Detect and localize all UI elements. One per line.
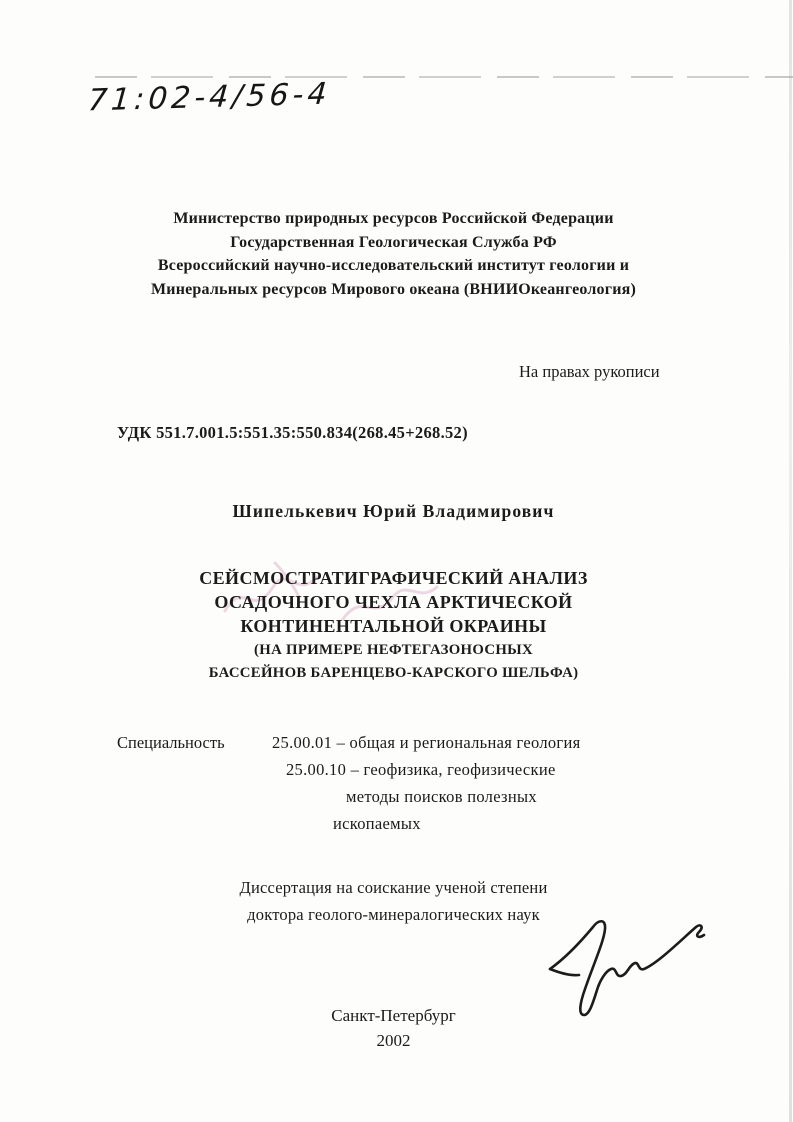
institution-line: Министерство природных ресурсов Российск… [0, 207, 787, 231]
institution-line: Государственная Геологическая Служба РФ [0, 231, 787, 255]
udc-number: УДК 551.7.001.5:551.35:550.834(268.45+26… [117, 423, 468, 443]
institution-line: Минеральных ресурсов Мирового океана (ВН… [0, 278, 787, 302]
scan-edge-artifact [789, 0, 792, 1122]
title-line: КОНТИНЕНТАЛЬНОЙ ОКРАИНЫ [0, 614, 787, 638]
speciality-line: ископаемых [333, 814, 421, 834]
separator-line [95, 76, 793, 78]
publication-year: 2002 [0, 1031, 787, 1051]
signature-icon [538, 903, 713, 1023]
dissertation-title-page: 71:02-4/56-4 Министерство природных ресу… [0, 0, 793, 1122]
author-name: Шипелькевич Юрий Владимирович [0, 501, 787, 522]
degree-line: Диссертация на соискание ученой степени [0, 874, 787, 901]
city-name: Санкт-Петербург [0, 1006, 787, 1026]
institution-block: Министерство природных ресурсов Российск… [0, 207, 787, 301]
institution-line: Всероссийский научно-исследовательский и… [0, 254, 787, 278]
speciality-line: методы поисков полезных [346, 787, 537, 807]
speciality-line: 25.00.01 – общая и региональная геология [272, 733, 581, 753]
title-line: ОСАДОЧНОГО ЧЕХЛА АРКТИЧЕСКОЙ [0, 590, 787, 614]
title-subline: БАССЕЙНОВ БАРЕНЦЕВО-КАРСКОГО ШЕЛЬФА) [0, 664, 787, 684]
title-line: СЕЙСМОСТРАТИГРАФИЧЕСКИЙ АНАЛИЗ [0, 566, 787, 590]
manuscript-rights-note: На правах рукописи [519, 362, 660, 382]
dissertation-title: СЕЙСМОСТРАТИГРАФИЧЕСКИЙ АНАЛИЗ ОСАДОЧНОГ… [0, 566, 787, 683]
speciality-label: Специальность [117, 733, 225, 753]
catalog-number: 71:02-4/56-4 [87, 77, 332, 119]
title-subline: (НА ПРИМЕРЕ НЕФТЕГАЗОНОСНЫХ [0, 641, 787, 661]
speciality-line: 25.00.10 – геофизика, геофизические [286, 760, 556, 780]
